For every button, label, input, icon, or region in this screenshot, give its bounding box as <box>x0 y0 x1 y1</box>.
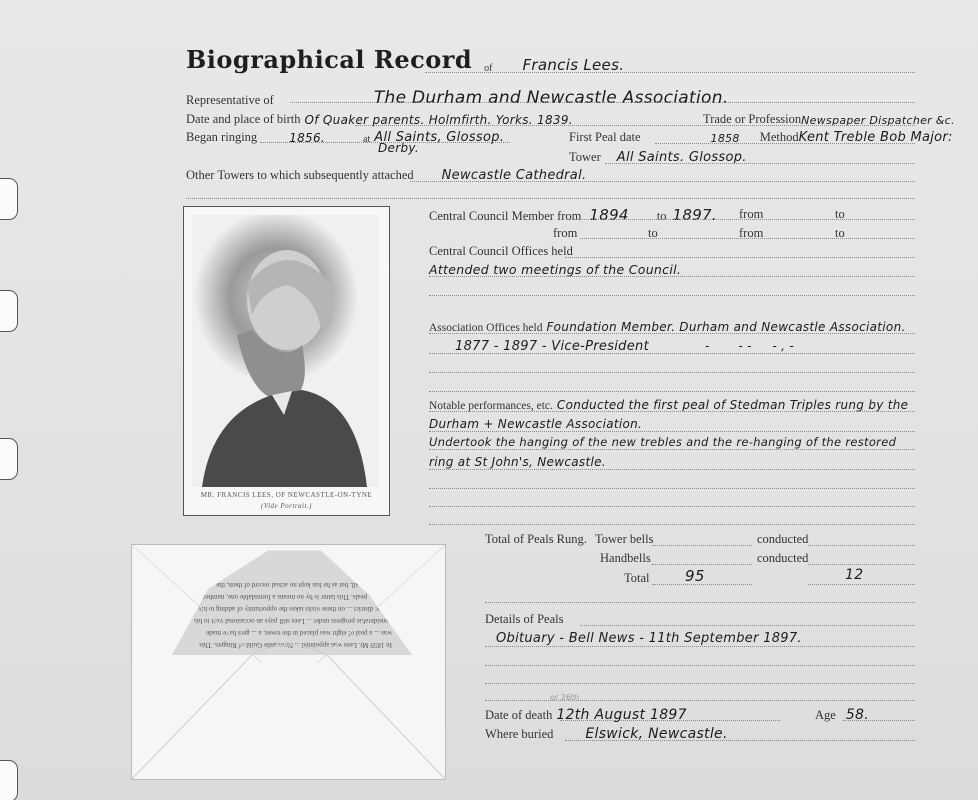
punch-hole <box>0 178 18 220</box>
handbells-conducted-label: conducted <box>757 551 808 566</box>
envelope: In 1859 Mr. Lees was appointed ... Newca… <box>131 544 446 780</box>
representative-label: Representative of <box>186 93 274 108</box>
punch-hole <box>0 760 18 800</box>
photo-caption: MR. FRANCIS LEES, OF NEWCASTLE-ON-TYNE <box>184 491 389 499</box>
death-date-annotation: or 26th <box>550 693 579 702</box>
portrait-photo: MR. FRANCIS LEES, OF NEWCASTLE-ON-TYNE (… <box>183 206 390 516</box>
total-conducted: 12 <box>845 567 863 583</box>
cc-member-from: 1894 <box>589 206 628 224</box>
notable-line4: ring at St John's, Newcastle. <box>429 455 606 469</box>
buried-label: Where buried <box>485 727 553 742</box>
cc-offices-value: Attended two meetings of the Council. <box>429 262 681 277</box>
peals-label: Total of Peals Rung. <box>485 532 587 547</box>
began-ringing-label: Began ringing <box>186 130 257 145</box>
record-page: Biographical Record of Francis Lees. Rep… <box>0 0 978 800</box>
cc-member-to: 1897. <box>673 206 717 224</box>
total-peals: 95 <box>685 567 705 585</box>
first-peal-label: First Peal date <box>569 130 641 145</box>
began-ringing-place-line2: Derby. <box>378 141 419 155</box>
record-title: Biographical Record <box>186 45 472 74</box>
assoc-offices-line2: 1877 - 1897 - Vice-President <box>455 339 649 354</box>
photo-subcaption: (Vide Portrait.) <box>184 502 389 510</box>
representative-value: The Durham and Newcastle Association. <box>374 88 729 108</box>
death-label: Date of death <box>485 708 552 723</box>
notable-line1: Conducted the first peal of Stedman Trip… <box>557 398 908 412</box>
birth-label: Date and place of birth <box>186 112 301 127</box>
tower-label: Tower <box>569 150 601 165</box>
total-label: Total <box>624 571 650 586</box>
details-label: Details of Peals <box>485 612 563 627</box>
portrait-image <box>192 215 379 487</box>
cc-offices-label: Central Council Offices held <box>429 244 573 259</box>
assoc-offices-line1: Foundation Member. Durham and Newcastle … <box>546 320 905 334</box>
tower-bells-conducted-label: conducted <box>757 532 808 547</box>
notable-line3: Undertook the hanging of the new trebles… <box>429 435 896 449</box>
tower-bells-label: Tower bells <box>595 532 653 547</box>
other-towers-label: Other Towers to which subsequently attac… <box>186 168 414 183</box>
handbells-label: Handbells <box>600 551 651 566</box>
notable-line2: Durham + Newcastle Association. <box>429 417 642 431</box>
assoc-offices-marks: - - - - , - <box>705 339 794 353</box>
at-label: at <box>363 134 370 145</box>
punch-hole <box>0 438 18 480</box>
details-value: Obituary - Bell News - 11th September 18… <box>496 631 802 646</box>
punch-hole <box>0 290 18 332</box>
cc-to-label: to <box>657 209 667 224</box>
cc-from-label: from <box>553 226 577 241</box>
cc-member-label: Central Council Member from <box>429 209 581 224</box>
age-label: Age <box>815 708 836 723</box>
